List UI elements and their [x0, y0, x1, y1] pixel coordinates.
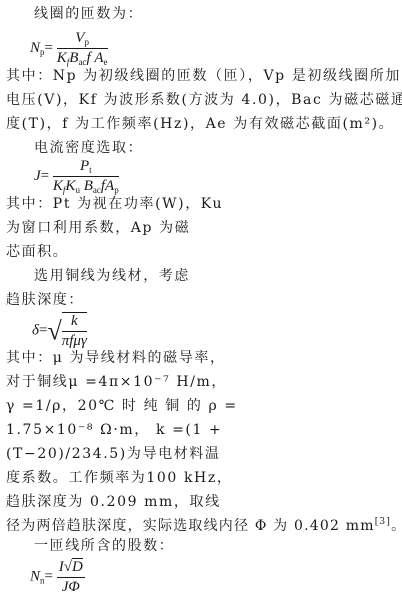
np-description-1: 其中：Np 为初级线圈的匝数（匝），Vp 是初级线圈所加的 [6, 68, 402, 84]
sqrt-icon: √kπfμγ [47, 312, 86, 350]
formula-nn: Nn= I√D JΦ [30, 558, 85, 595]
current-density-intro: 电流密度选取： [34, 140, 143, 156]
strands-intro: 一匝线所含的股数： [34, 538, 174, 554]
delta-description-4: 1.75×10⁻⁸ Ω·m， k =(1 + [6, 422, 222, 438]
citation: [3] [375, 517, 391, 527]
formula-delta: δ=√kπfμγ [32, 312, 87, 350]
delta-description-8: 径为两倍趋肤深度，实际选取线内径 Φ 为 0.402 mm[3]。 [6, 514, 402, 534]
np-description-2: 电压(V)，Kf 为波形系数(方波为 4.0)，Bac 为磁芯磁通密 [6, 92, 402, 108]
formula-np: Np= Vp KfBacf Ae [30, 30, 108, 67]
delta-description-2: 对于铜线μ =4π×10⁻⁷ H/m， [6, 374, 227, 390]
j-description-3: 芯面积。 [6, 244, 68, 260]
delta-description-6: 度系数。工作频率为100 kHz， [6, 470, 232, 486]
delta-description-1: 其中：μ 为导线材料的磁导率， [6, 350, 226, 366]
formula-j: J= Pt KfKu BacfAp [34, 158, 119, 195]
wire-selection-1: 选用铜线为线材，考虑 [34, 268, 190, 284]
j-description-1: 其中：Pt 为视在功率(W)，Ku [6, 196, 223, 212]
j-description-2: 为窗口利用系数，Ap 为磁 [6, 220, 190, 236]
wire-selection-2: 趋肤深度： [6, 292, 84, 308]
np-description-3: 度(T)，f 为工作频率(Hz)，Ae 为有效磁芯截面(m²)。 [6, 116, 394, 132]
delta-description-3: γ =1/ρ，20℃ 时 纯 铜 的 ρ = [6, 398, 238, 414]
delta-description-7: 趋肤深度为 0.209 mm，取线 [6, 494, 221, 510]
turns-intro: 线圈的匝数为： [34, 6, 143, 22]
delta-description-5: (T−20)/234.5)为导电材料温 [6, 446, 220, 462]
